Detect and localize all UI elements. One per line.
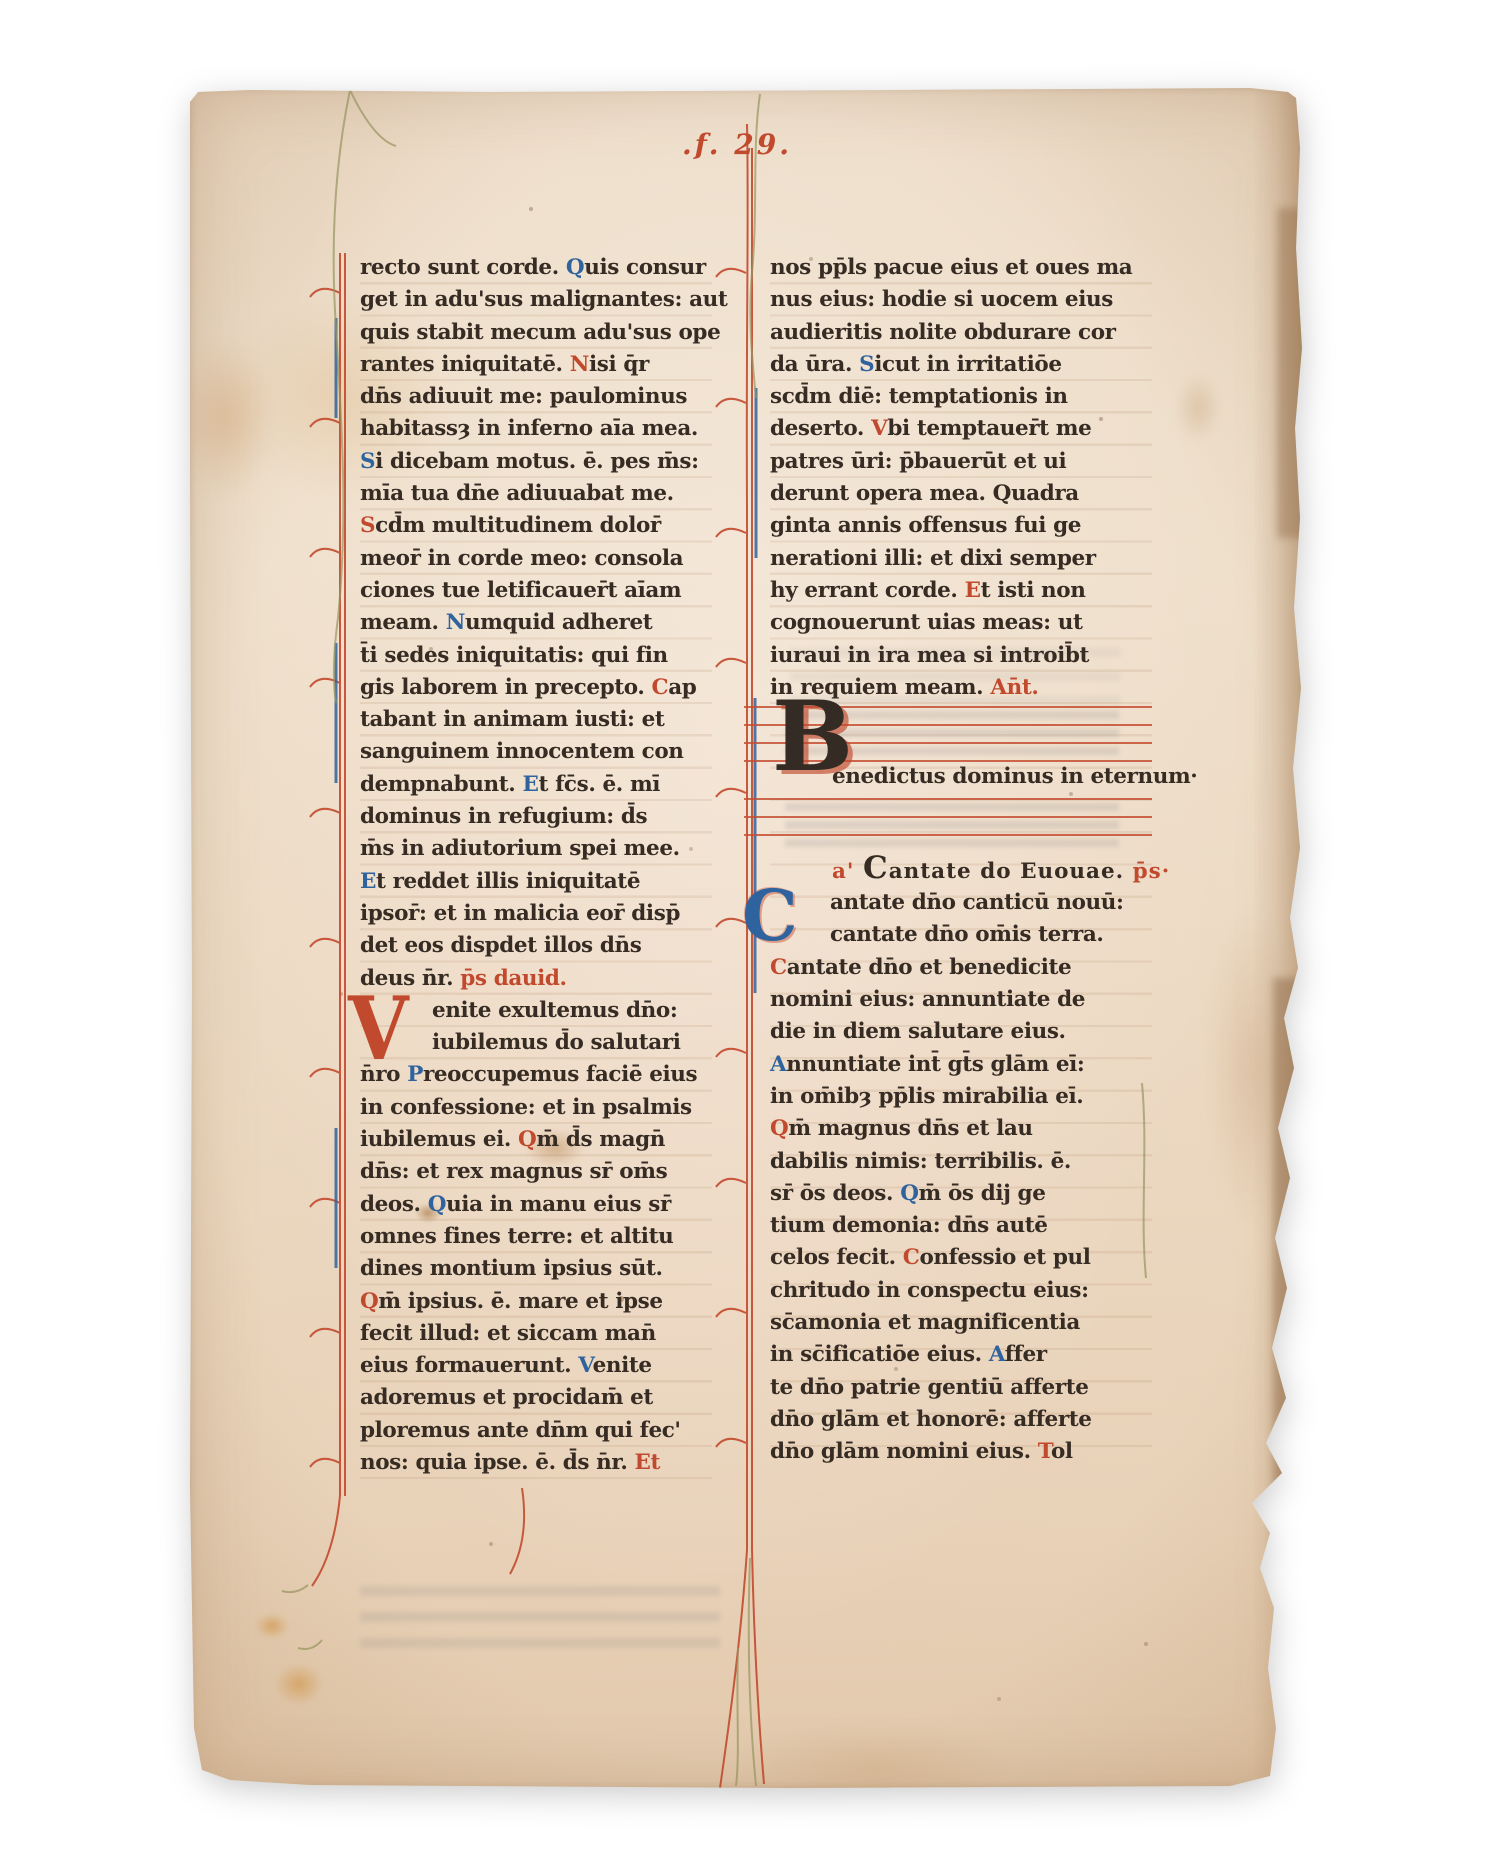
stain	[178, 338, 273, 498]
text-line: in sc̄ificatiōe eius. Affer	[770, 1339, 1152, 1371]
text-segment: m̄ magnus dn̄s et lau	[788, 1116, 1032, 1141]
text-line: tium demonia: dn̄s autē	[770, 1210, 1152, 1242]
text-segment: N	[570, 352, 589, 377]
initial-cantate: C	[742, 881, 798, 951]
text-line: in om̄ibȝ pp̄lis mirabilia eī.	[770, 1081, 1152, 1113]
music-stave	[744, 798, 1152, 851]
text-segment: P	[407, 1062, 423, 1087]
text-segment: ginta annis offensus fui ge	[770, 513, 1081, 538]
text-line: Qm̄ ipsius. ē. mare et ipse	[360, 1286, 712, 1318]
text-line: die in diem salutare eius.	[770, 1016, 1152, 1048]
text-line: patres ūri: p̄bauerūt et ui	[770, 446, 1152, 478]
text-segment: adoremus et procidam̄ et	[360, 1385, 653, 1410]
text-segment: omnes fines terre: et altitu	[360, 1224, 673, 1249]
text-line: adoremus et procidam̄ et	[360, 1382, 712, 1414]
text-segment: S	[360, 449, 375, 474]
text-segment: enite	[593, 1353, 652, 1378]
text-segment: deserto.	[770, 416, 871, 441]
text-line: te dn̄o patrie gentiū afferte	[770, 1372, 1152, 1404]
text-segment: A	[989, 1342, 1005, 1367]
text-line: ploremus ante dn̄m qui fec'	[360, 1415, 712, 1447]
text-segment: in sc̄ificatiōe eius.	[770, 1342, 989, 1367]
text-line: meam. Numquid adheret	[360, 607, 712, 639]
text-segment: te dn̄o patrie gentiū afferte	[770, 1375, 1089, 1400]
text-segment: m̄ ōs dij ge	[919, 1181, 1046, 1206]
initial-benedictus: B	[772, 689, 853, 785]
text-segment: V	[871, 416, 887, 441]
text-segment: bi temptauer̄t me	[887, 416, 1091, 441]
text-segment: t fc̄s. ē. mī	[538, 772, 660, 797]
text-line: dabilis nimis: terribilis. ē.	[770, 1146, 1152, 1178]
text-segment: enedictus dominus in eternum·	[832, 764, 1197, 789]
text-segment: p̄s·	[1133, 859, 1171, 884]
text-segment: celos fecit.	[770, 1245, 903, 1270]
text-line: nus eius: hodie si uocem eius	[770, 284, 1152, 316]
text-line: iuraui in ira mea si introib̄t	[770, 640, 1152, 672]
text-segment: cantate dn̄o om̄is terra.	[830, 922, 1103, 947]
text-line: da ūra. Sicut in irritatiōe	[770, 349, 1152, 381]
text-line: eius formauerunt. Venite	[360, 1350, 712, 1382]
parchment: .f. 29. recto sunt corde. Quis consurget…	[190, 88, 1305, 1788]
text-line: Cantate dn̄o et benedicite	[770, 952, 1152, 984]
text-segment: dn̄o glām et honorē: afferte	[770, 1407, 1092, 1432]
text-segment: uia in manu eius sr̄	[446, 1192, 671, 1217]
text-line: gis laborem in precepto. Cap	[360, 672, 712, 704]
text-column-right: nos pp̄ls pacue eius et oues manus eius:…	[770, 252, 1152, 1469]
manuscript-leaf: .f. 29. recto sunt corde. Quis consurget…	[190, 88, 1305, 1788]
text-line: det eos dispdet illos dn̄s	[360, 930, 712, 962]
stain	[255, 1613, 289, 1639]
text-segment: E	[522, 772, 538, 797]
text-segment: Q	[566, 255, 584, 280]
text-line: ginta annis offensus fui ge	[770, 510, 1152, 542]
text-segment: fecit illud: et siccam man̄	[360, 1321, 656, 1346]
text-segment: m̄ d̄s magn̄	[536, 1127, 665, 1152]
text-segment: ol	[1051, 1439, 1073, 1464]
text-segment: ploremus ante dn̄m qui fec'	[360, 1418, 681, 1443]
text-segment: Q	[428, 1192, 446, 1217]
text-line: iubilemus ei. Qm̄ d̄s magn̄	[360, 1124, 712, 1156]
text-segment: sr̄ ōs deos.	[770, 1181, 900, 1206]
text-segment: audieritis nolite obdurare cor	[770, 320, 1116, 345]
text-line: nomini eius: annuntiate de	[770, 984, 1152, 1016]
text-line: dn̄s: et rex magnus sr̄ om̄s	[360, 1156, 712, 1188]
text-line: scd̄m diē: temptationis in	[770, 381, 1152, 413]
text-segment: Et	[635, 1450, 661, 1475]
text-segment: mīa tua dn̄e adiuuabat me.	[360, 481, 674, 506]
text-segment: E	[360, 869, 376, 894]
text-line: Et reddet illis iniquitatē	[360, 866, 712, 898]
stain	[245, 1778, 475, 1873]
text-segment: dn̄s adiuuit me: paulominus	[360, 384, 687, 409]
text-segment: umquid adheret	[465, 610, 652, 635]
text-segment: antate dn̄o canticū nouū:	[830, 890, 1124, 915]
text-segment: nerationi illi: et dixi semper	[770, 546, 1096, 571]
text-segment: S	[360, 513, 375, 538]
text-line: mīa tua dn̄e adiuuabat me.	[360, 478, 712, 510]
text-line: nerationi illi: et dixi semper	[770, 543, 1152, 575]
text-line: omnes fines terre: et altitu	[360, 1221, 712, 1253]
text-line: get in adu'sus malignantes: aut	[360, 284, 712, 316]
text-segment: t reddet illis iniquitatē	[376, 869, 640, 894]
text-line: deos. Quia in manu eius sr̄	[360, 1189, 712, 1221]
text-segment: Q	[360, 1289, 378, 1314]
text-segment: meor̄ in corde meo: consola	[360, 546, 683, 571]
text-segment: dn̄o glām nomini eius.	[770, 1439, 1038, 1464]
text-segment: Q	[900, 1181, 918, 1206]
text-line: ciones tue letificauer̄t aīam	[360, 575, 712, 607]
text-segment: eius formauerunt.	[360, 1353, 578, 1378]
text-line: quis stabit mecum adu'sus ope	[360, 317, 712, 349]
text-line: dominus in refugium: d̄s	[360, 801, 712, 833]
text-line: dn̄s adiuuit me: paulominus	[360, 381, 712, 413]
text-line: antate dn̄o canticū nouū:	[770, 887, 1152, 919]
text-segment: nos pp̄ls pacue eius et oues ma	[770, 255, 1132, 280]
text-line: cognouerunt uias meas: ut	[770, 607, 1152, 639]
text-segment: Q	[770, 1116, 788, 1141]
text-line: nos pp̄ls pacue eius et oues ma	[770, 252, 1152, 284]
text-line: habitassȝ in inferno aīa mea.	[360, 413, 712, 445]
text-column-left: recto sunt corde. Quis consurget in adu'…	[360, 252, 712, 1479]
text-segment: reoccupemus faciē eius	[423, 1062, 697, 1087]
text-line: nos: quia ipse. ē. d̄s n̄r. Et	[360, 1447, 712, 1479]
text-line: in confessione: et in psalmis	[360, 1092, 712, 1124]
text-segment: gis laborem in precepto.	[360, 675, 652, 700]
initial-venite: V	[348, 986, 409, 1073]
text-segment: t̄i sedes iniquitatis: qui fin	[360, 643, 668, 668]
text-line: sc̄amonia et magnificentia	[770, 1307, 1152, 1339]
text-line: celos fecit. Confessio et pul	[770, 1242, 1152, 1274]
text-segment: C	[863, 850, 889, 886]
text-line: dempnabunt. Et fc̄s. ē. mī	[360, 769, 712, 801]
text-line: fecit illud: et siccam man̄	[360, 1318, 712, 1350]
text-segment: dines montium ipsius sūt.	[360, 1256, 663, 1281]
text-segment: nomini eius: annuntiate de	[770, 987, 1085, 1012]
text-segment: dempnabunt.	[360, 772, 522, 797]
text-segment: onfessio et pul	[919, 1245, 1090, 1270]
text-segment: N	[446, 610, 465, 635]
text-segment: scd̄m diē: temptationis in	[770, 384, 1068, 409]
photo-background: .f. 29. recto sunt corde. Quis consurget…	[0, 0, 1500, 1876]
text-segment: ciones tue letificauer̄t aīam	[360, 578, 681, 603]
stain	[1175, 373, 1221, 443]
text-segment: E	[965, 578, 981, 603]
folio-number: .f. 29.	[682, 128, 792, 161]
text-segment: enite exultemus dn̄o:	[432, 998, 677, 1023]
text-line: sanguinem innocentem con	[360, 736, 712, 768]
text-segment: deos.	[360, 1192, 428, 1217]
text-line: Annuntiate int̄ gt̄s glām eī:	[770, 1049, 1152, 1081]
text-segment: antate dn̄o et benedicite	[787, 955, 1072, 980]
text-segment: ffer	[1005, 1342, 1047, 1367]
text-segment: patres ūri: p̄bauerūt et ui	[770, 449, 1066, 474]
text-segment: quis stabit mecum adu'sus ope	[360, 320, 720, 345]
text-line: enite exultemus dn̄o:	[360, 995, 712, 1027]
text-line: audieritis nolite obdurare cor	[770, 317, 1152, 349]
text-line: dn̄o glām et honorē: afferte	[770, 1404, 1152, 1436]
text-line: hy errant corde. Et isti non	[770, 575, 1152, 607]
text-segment: A	[770, 1052, 786, 1077]
text-segment: tabant in animam iusti: et	[360, 707, 664, 732]
text-segment: dominus in refugium: d̄s	[360, 804, 647, 829]
text-line: tabant in animam iusti: et	[360, 704, 712, 736]
text-line: t̄i sedes iniquitatis: qui fin	[360, 640, 712, 672]
text-segment: sanguinem innocentem con	[360, 739, 684, 764]
text-segment: in confessione: et in psalmis	[360, 1095, 692, 1120]
text-segment: t isti non	[981, 578, 1086, 603]
text-segment: i dicebam motus. ē. pes m̄s:	[375, 449, 699, 474]
text-segment: nos: quia ipse. ē. d̄s n̄r.	[360, 1450, 635, 1475]
text-segment: tium demonia: dn̄s autē	[770, 1213, 1048, 1238]
stain	[745, 1723, 1005, 1808]
text-line: recto sunt corde. Quis consur	[360, 252, 712, 284]
text-line: derunt opera mea. Quadra	[770, 478, 1152, 510]
text-segment: dabilis nimis: terribilis. ē.	[770, 1149, 1071, 1174]
text-line: Scd̄m multitudinem dolor̄	[360, 510, 712, 542]
text-segment: derunt opera mea. Quadra	[770, 481, 1079, 506]
right-edge-wear	[1273, 978, 1305, 1558]
text-segment: p̄s dauid.	[460, 966, 566, 991]
text-segment: meam.	[360, 610, 446, 635]
text-segment: T	[1038, 1439, 1051, 1464]
text-line: n̄ro Preoccupemus faciē eius	[360, 1059, 712, 1091]
text-line: rantes iniquitatē. Nisi q̄r	[360, 349, 712, 381]
text-segment: hy errant corde.	[770, 578, 965, 603]
text-segment: habitassȝ in inferno aīa mea.	[360, 416, 698, 441]
text-segment: isi q̄r	[589, 352, 649, 377]
text-segment: recto sunt corde.	[360, 255, 566, 280]
text-segment: Q	[518, 1127, 536, 1152]
text-line: Si dicebam motus. ē. pes m̄s:	[360, 446, 712, 478]
text-line: dn̄o glām nomini eius. Tol	[770, 1436, 1152, 1468]
text-segment: iubilemus ei.	[360, 1127, 518, 1152]
text-segment: S	[859, 352, 874, 377]
show-through-smudge	[360, 1586, 720, 1664]
text-segment: det eos dispdet illos dn̄s	[360, 933, 641, 958]
text-segment: cognouerunt uias meas: ut	[770, 610, 1083, 635]
text-segment: dn̄s: et rex magnus sr̄ om̄s	[360, 1159, 667, 1184]
stain	[275, 1663, 323, 1705]
text-segment: die in diem salutare eius.	[770, 1019, 1066, 1044]
text-segment: C	[770, 955, 787, 980]
text-line: ipsor̄: et in malicia eor̄ disp̄	[360, 898, 712, 930]
text-segment: nus eius: hodie si uocem eius	[770, 287, 1113, 312]
text-segment: cd̄m multitudinem dolor̄	[375, 513, 661, 538]
text-segment: antate do Euouae.	[889, 859, 1133, 884]
text-line: sr̄ ōs deos. Qm̄ ōs dij ge	[770, 1178, 1152, 1210]
text-segment: An̄t.	[990, 675, 1038, 700]
text-segment: icut in irritatiōe	[874, 352, 1061, 377]
text-segment: C	[903, 1245, 920, 1270]
text-segment: sc̄amonia et magnificentia	[770, 1310, 1080, 1335]
text-segment: da ūra.	[770, 352, 859, 377]
text-line: Qm̄ magnus dn̄s et lau	[770, 1113, 1152, 1145]
text-segment: iuraui in ira mea si introib̄t	[770, 643, 1089, 668]
text-segment: a'	[832, 859, 863, 884]
text-line: meor̄ in corde meo: consola	[360, 543, 712, 575]
dirt-speckles	[190, 88, 192, 90]
text-line: chritudo in conspectu eius:	[770, 1275, 1152, 1307]
text-segment: m̄ ipsius. ē. mare et ipse	[378, 1289, 662, 1314]
text-segment: get in adu'sus malignantes: aut	[360, 287, 727, 312]
text-line: dines montium ipsius sūt.	[360, 1253, 712, 1285]
text-segment: rantes iniquitatē.	[360, 352, 570, 377]
text-segment: nnuntiate int̄ gt̄s glām eī:	[786, 1052, 1084, 1077]
text-line: deus n̄r. p̄s dauid.	[360, 963, 712, 995]
text-line: iubilemus d̄o salutari	[360, 1027, 712, 1059]
text-segment: in om̄ibȝ pp̄lis mirabilia eī.	[770, 1084, 1083, 1109]
text-segment: ap	[668, 675, 696, 700]
text-segment: uis consur	[584, 255, 706, 280]
text-segment: m̄s in adiutorium spei mee.	[360, 836, 680, 861]
text-segment: C	[652, 675, 669, 700]
text-segment: ipsor̄: et in malicia eor̄ disp̄	[360, 901, 680, 926]
text-segment: iubilemus d̄o salutari	[432, 1030, 680, 1055]
right-edge-wear	[1277, 208, 1305, 538]
text-line: m̄s in adiutorium spei mee.	[360, 833, 712, 865]
text-segment: chritudo in conspectu eius:	[770, 1278, 1089, 1303]
text-line: cantate dn̄o om̄is terra.	[770, 919, 1152, 951]
text-line: a' Cantate do Euouae. p̄s·	[770, 851, 1152, 887]
text-line: deserto. Vbi temptauer̄t me	[770, 413, 1152, 445]
text-segment: V	[578, 1353, 592, 1378]
